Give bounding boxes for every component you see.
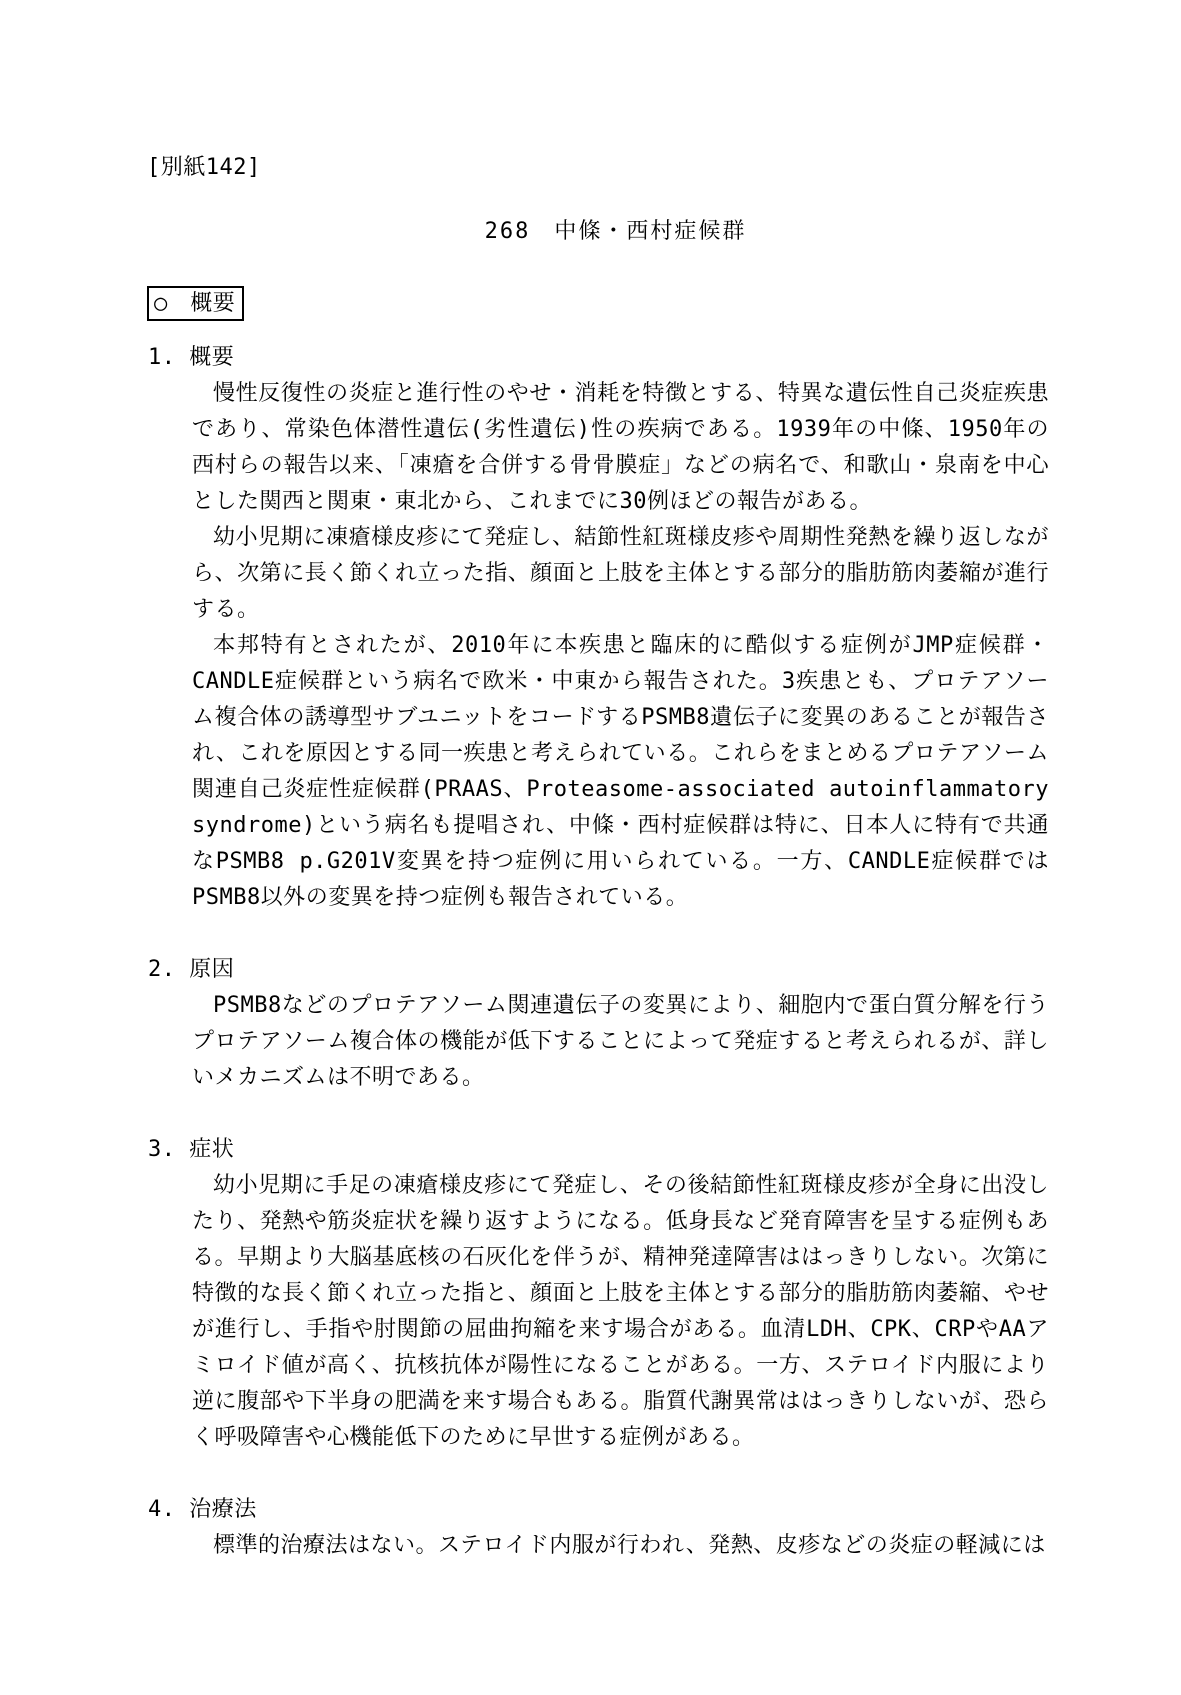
- document-section: 4. 治療法 標準的治療法はない。ステロイド内服が行われ、発熱、皮疹などの炎症の…: [148, 1492, 1049, 1564]
- attachment-label: [別紙142]: [147, 150, 261, 186]
- section-heading: 3. 症状: [148, 1132, 1049, 1168]
- section-paragraph: PSMB8などのプロテアソーム関連遺伝子の変異により、細胞内で蛋白質分解を行うプ…: [192, 988, 1049, 1096]
- document-section: 3. 症状 幼小児期に手足の凍瘡様皮疹にて発症し、その後結節性紅斑様皮疹が全身に…: [148, 1132, 1049, 1456]
- document-section: 1. 概要 慢性反復性の炎症と進行性のやせ・消耗を特徴とする、特異な遺伝性自己炎…: [148, 340, 1049, 916]
- document-page: [別紙142] 268 中條・西村症候群 ○ 概要 1. 概要 慢性反復性の炎症…: [0, 0, 1181, 1695]
- page-title: 268 中條・西村症候群: [0, 214, 1181, 250]
- section-paragraph: 標準的治療法はない。ステロイド内服が行われ、発熱、皮疹などの炎症の軽減には: [192, 1528, 1049, 1564]
- section-heading: 1. 概要: [148, 340, 1049, 376]
- section-paragraph: 本邦特有とされたが、2010年に本疾患と臨床的に酷似する症例がJMP症候群・CA…: [192, 628, 1049, 916]
- document-section: 2. 原因 PSMB8などのプロテアソーム関連遺伝子の変異により、細胞内で蛋白質…: [148, 952, 1049, 1096]
- sections-container: 1. 概要 慢性反復性の炎症と進行性のやせ・消耗を特徴とする、特異な遺伝性自己炎…: [148, 340, 1049, 1600]
- section-paragraph: 幼小児期に凍瘡様皮疹にて発症し、結節性紅斑様皮疹や周期性発熱を繰り返しながら、次…: [192, 520, 1049, 628]
- overview-box-label: ○ 概要: [154, 291, 235, 316]
- section-paragraph: 慢性反復性の炎症と進行性のやせ・消耗を特徴とする、特異な遺伝性自己炎症疾患であり…: [192, 376, 1049, 520]
- overview-box: ○ 概要: [147, 286, 244, 321]
- section-paragraph: 幼小児期に手足の凍瘡様皮疹にて発症し、その後結節性紅斑様皮疹が全身に出没したり、…: [192, 1168, 1049, 1456]
- section-heading: 4. 治療法: [148, 1492, 1049, 1528]
- section-heading: 2. 原因: [148, 952, 1049, 988]
